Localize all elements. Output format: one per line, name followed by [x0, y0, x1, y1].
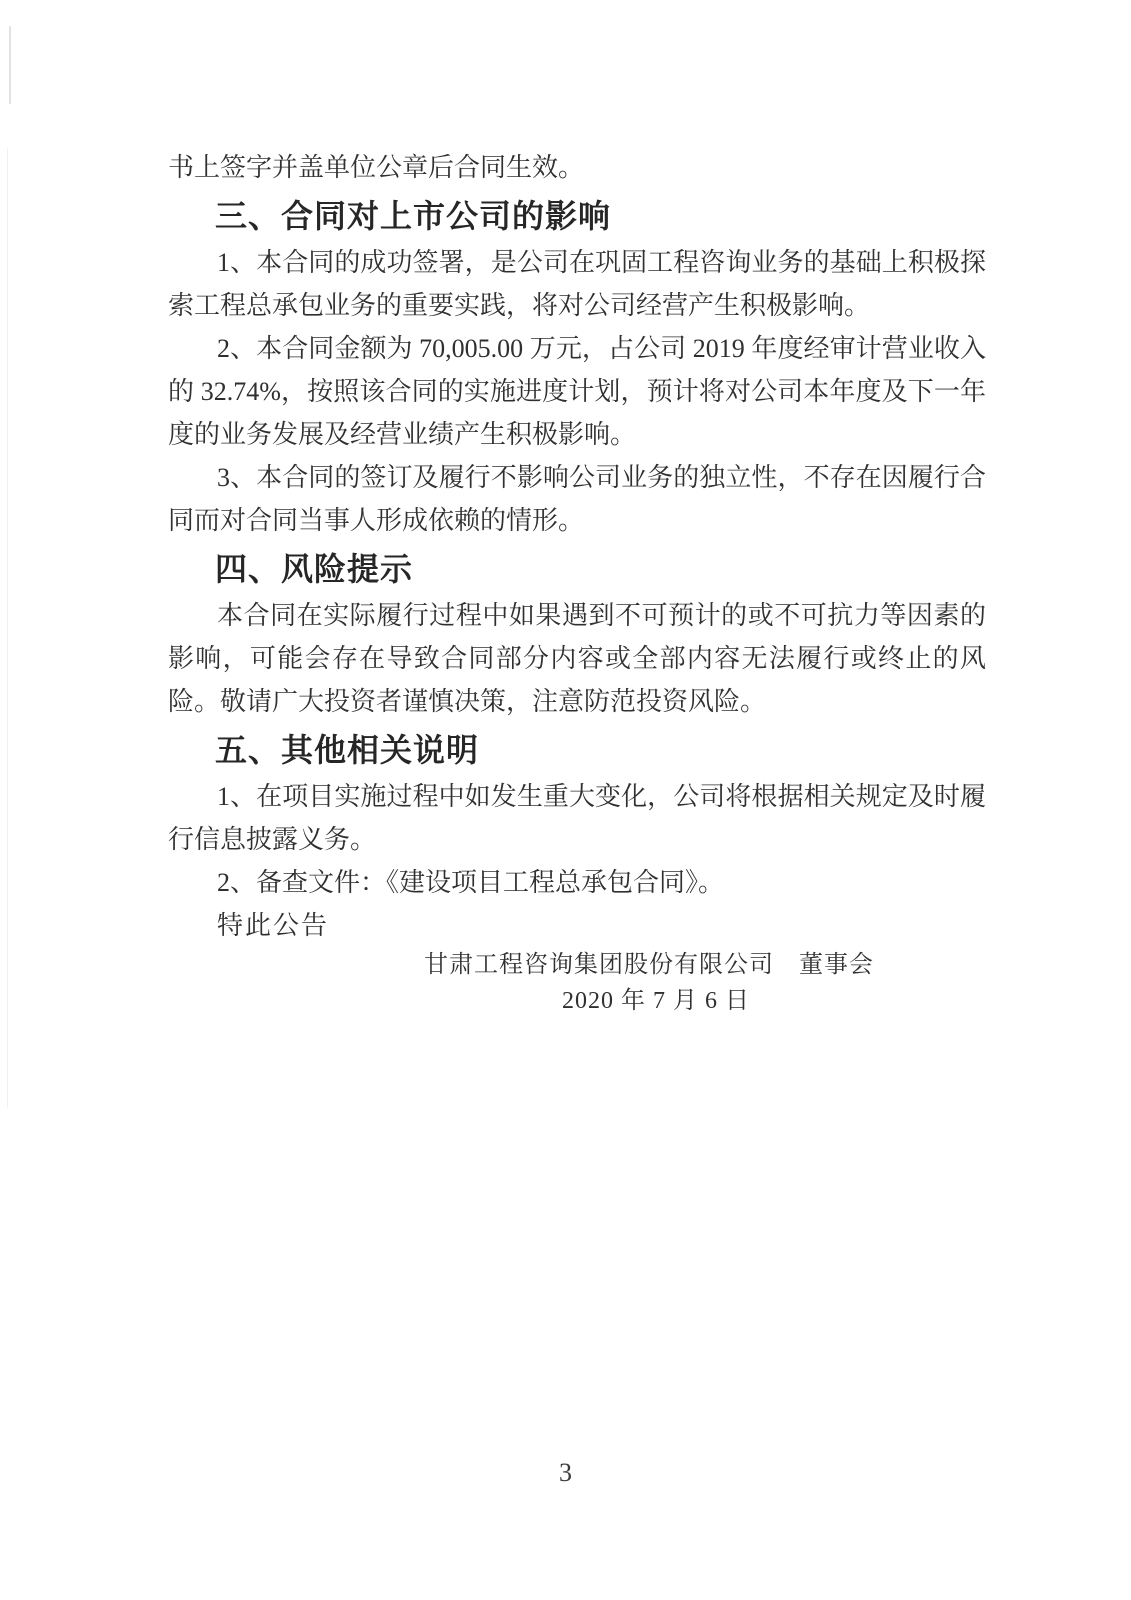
closing-statement: 特此公告 [168, 904, 986, 947]
page-number: 3 [0, 1458, 1131, 1488]
scan-artifact [7, 148, 8, 1108]
signature-company: 甘肃工程咨询集团股份有限公司 董事会 [168, 947, 986, 983]
section-heading-impact: 三、合同对上市公司的影响 [168, 193, 986, 239]
section-heading-other: 五、其他相关说明 [168, 727, 986, 773]
paragraph: 本合同在实际履行过程中如果遇到不可预计的或不可抗力等因素的影响，可能会存在导致合… [168, 594, 986, 723]
paragraph: 1、本合同的成功签署，是公司在巩固工程咨询业务的基础上积极探索工程总承包业务的重… [168, 241, 986, 327]
paragraph-continuation: 书上签字并盖单位公章后合同生效。 [168, 146, 986, 189]
scan-artifact [9, 26, 11, 104]
paragraph: 2、本合同金额为 70,005.00 万元，占公司 2019 年度经审计营业收入… [168, 327, 986, 456]
section-heading-risk: 四、风险提示 [168, 546, 986, 592]
paragraph: 2、备查文件：《建设项目工程总承包合同》。 [168, 861, 986, 904]
signature-date: 2020 年 7 月 6 日 [168, 983, 986, 1019]
page-content: 书上签字并盖单位公章后合同生效。 三、合同对上市公司的影响 1、本合同的成功签署… [168, 146, 986, 1019]
paragraph: 1、在项目实施过程中如发生重大变化，公司将根据相关规定及时履行信息披露义务。 [168, 775, 986, 861]
paragraph: 3、本合同的签订及履行不影响公司业务的独立性，不存在因履行合同而对合同当事人形成… [168, 456, 986, 542]
